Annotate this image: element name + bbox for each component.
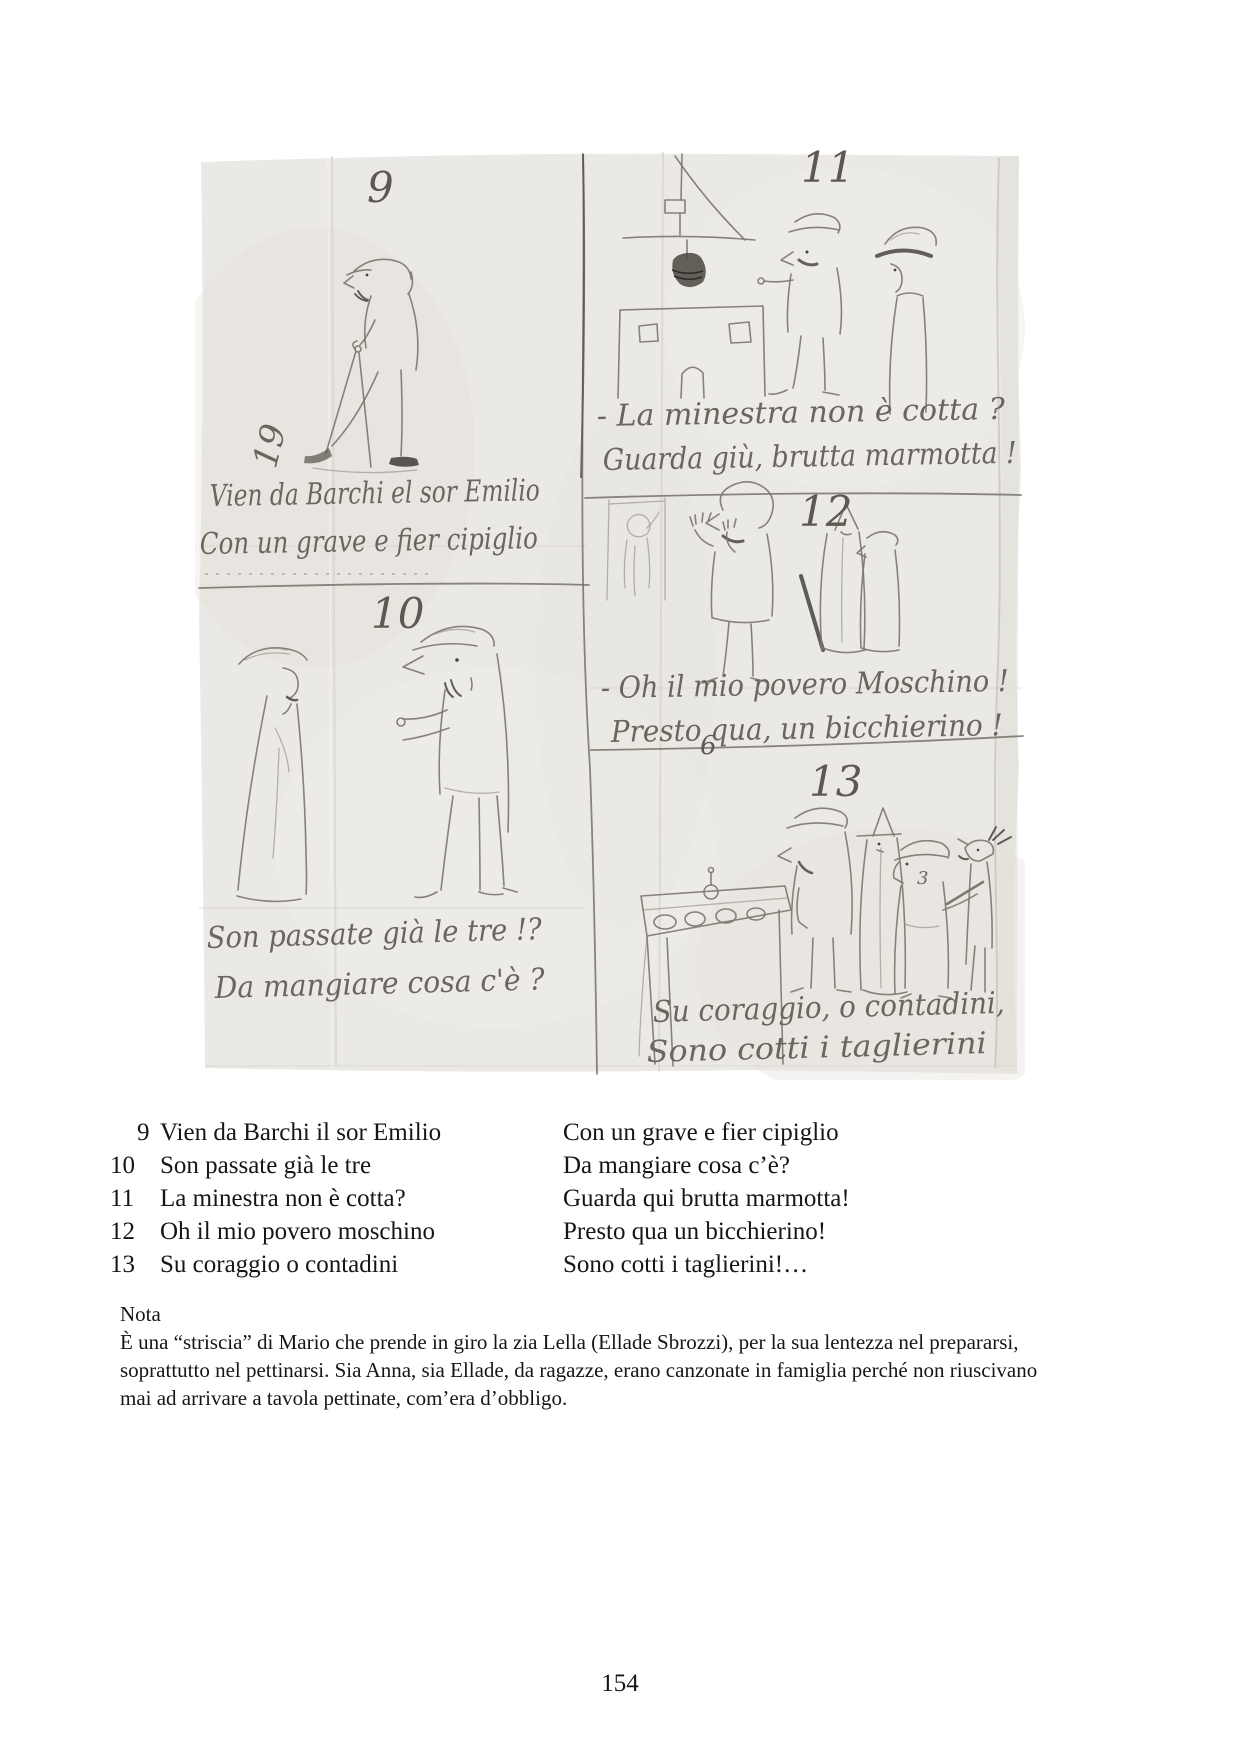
verse-row: 9 Vien da Barchi il sor Emilio Con un gr… [110, 1116, 1130, 1149]
verse-number: 13 [110, 1248, 160, 1281]
nota-line: soprattutto nel pettinarsi. Sia Anna, si… [120, 1356, 1180, 1384]
page-number: 154 [0, 1670, 1240, 1698]
nota-section: Nota È una “striscia” di Mario che prend… [120, 1300, 1180, 1412]
verse-row: 12 Oh il mio povero moschino Presto qua … [110, 1215, 1130, 1248]
verse-number: 9 [110, 1116, 160, 1149]
panel-number-10: 10 [371, 589, 424, 638]
caption-panel9-line1: Vien da Barchi el sor Emilio [210, 473, 541, 514]
verse-first-half: Su coraggio o contadini [160, 1248, 563, 1281]
verse-number: 11 [110, 1182, 160, 1215]
verse-second-half: Presto qua un bicchierino! [563, 1215, 1130, 1248]
nota-label: Nota [120, 1300, 1180, 1328]
panel-number-9: 9 [367, 163, 394, 212]
verse-first-half: Son passate già le tre [160, 1149, 563, 1182]
nota-line: mai ad arrivare a tavola pettinate, com’… [120, 1384, 1180, 1412]
verse-row: 10 Son passate già le tre Da mangiare co… [110, 1149, 1130, 1182]
nota-line: È una “striscia” di Mario che prende in … [120, 1328, 1180, 1356]
panel-number-11: 11 [801, 148, 854, 192]
verse-second-half: Sono cotti i taglierini!… [563, 1248, 1130, 1281]
verse-number: 10 [110, 1149, 160, 1182]
verse-transcription: 9 Vien da Barchi il sor Emilio Con un gr… [110, 1116, 1130, 1281]
verse-first-half: Oh il mio povero moschino [160, 1215, 563, 1248]
verse-first-half: La minestra non è cotta? [160, 1182, 563, 1215]
verse-first-half: Vien da Barchi il sor Emilio [160, 1116, 563, 1149]
verse-number: 12 [110, 1215, 160, 1248]
verse-second-half: Da mangiare cosa c’è? [563, 1149, 1130, 1182]
comic-strip-scan: 9 10 11 12 13 19 6 3 Vien da Barchi el s… [195, 148, 1025, 1080]
verse-row: 13 Su coraggio o contadini Sono cotti i … [110, 1248, 1130, 1281]
caption-panel11-line2: Guarda giù, brutta marmotta ! [603, 436, 1018, 478]
comic-strip-drawing: 9 10 11 12 13 19 6 3 Vien da Barchi el s… [195, 148, 1025, 1080]
panel-number-12: 12 [799, 487, 852, 536]
caption-panel12-line1: - Oh il mio povero Moschino ! [601, 664, 1010, 706]
verse-second-half: Con un grave e fier cipiglio [563, 1116, 1130, 1149]
caption-panel11-line1: - La minestra non è cotta ? [597, 392, 1006, 434]
verse-row: 11 La minestra non è cotta? Guarda qui b… [110, 1182, 1130, 1215]
panel-number-13: 13 [809, 757, 862, 806]
hat-number-3: 3 [917, 868, 928, 889]
caption-panel9-line2: Con un grave e fier cipiglio [200, 521, 539, 562]
caption-panel12-line2: Presto qua, un bicchierino ! [610, 708, 1003, 750]
book-page: 9 10 11 12 13 19 6 3 Vien da Barchi el s… [0, 0, 1240, 1754]
verse-second-half: Guarda qui brutta marmotta! [563, 1182, 1130, 1215]
